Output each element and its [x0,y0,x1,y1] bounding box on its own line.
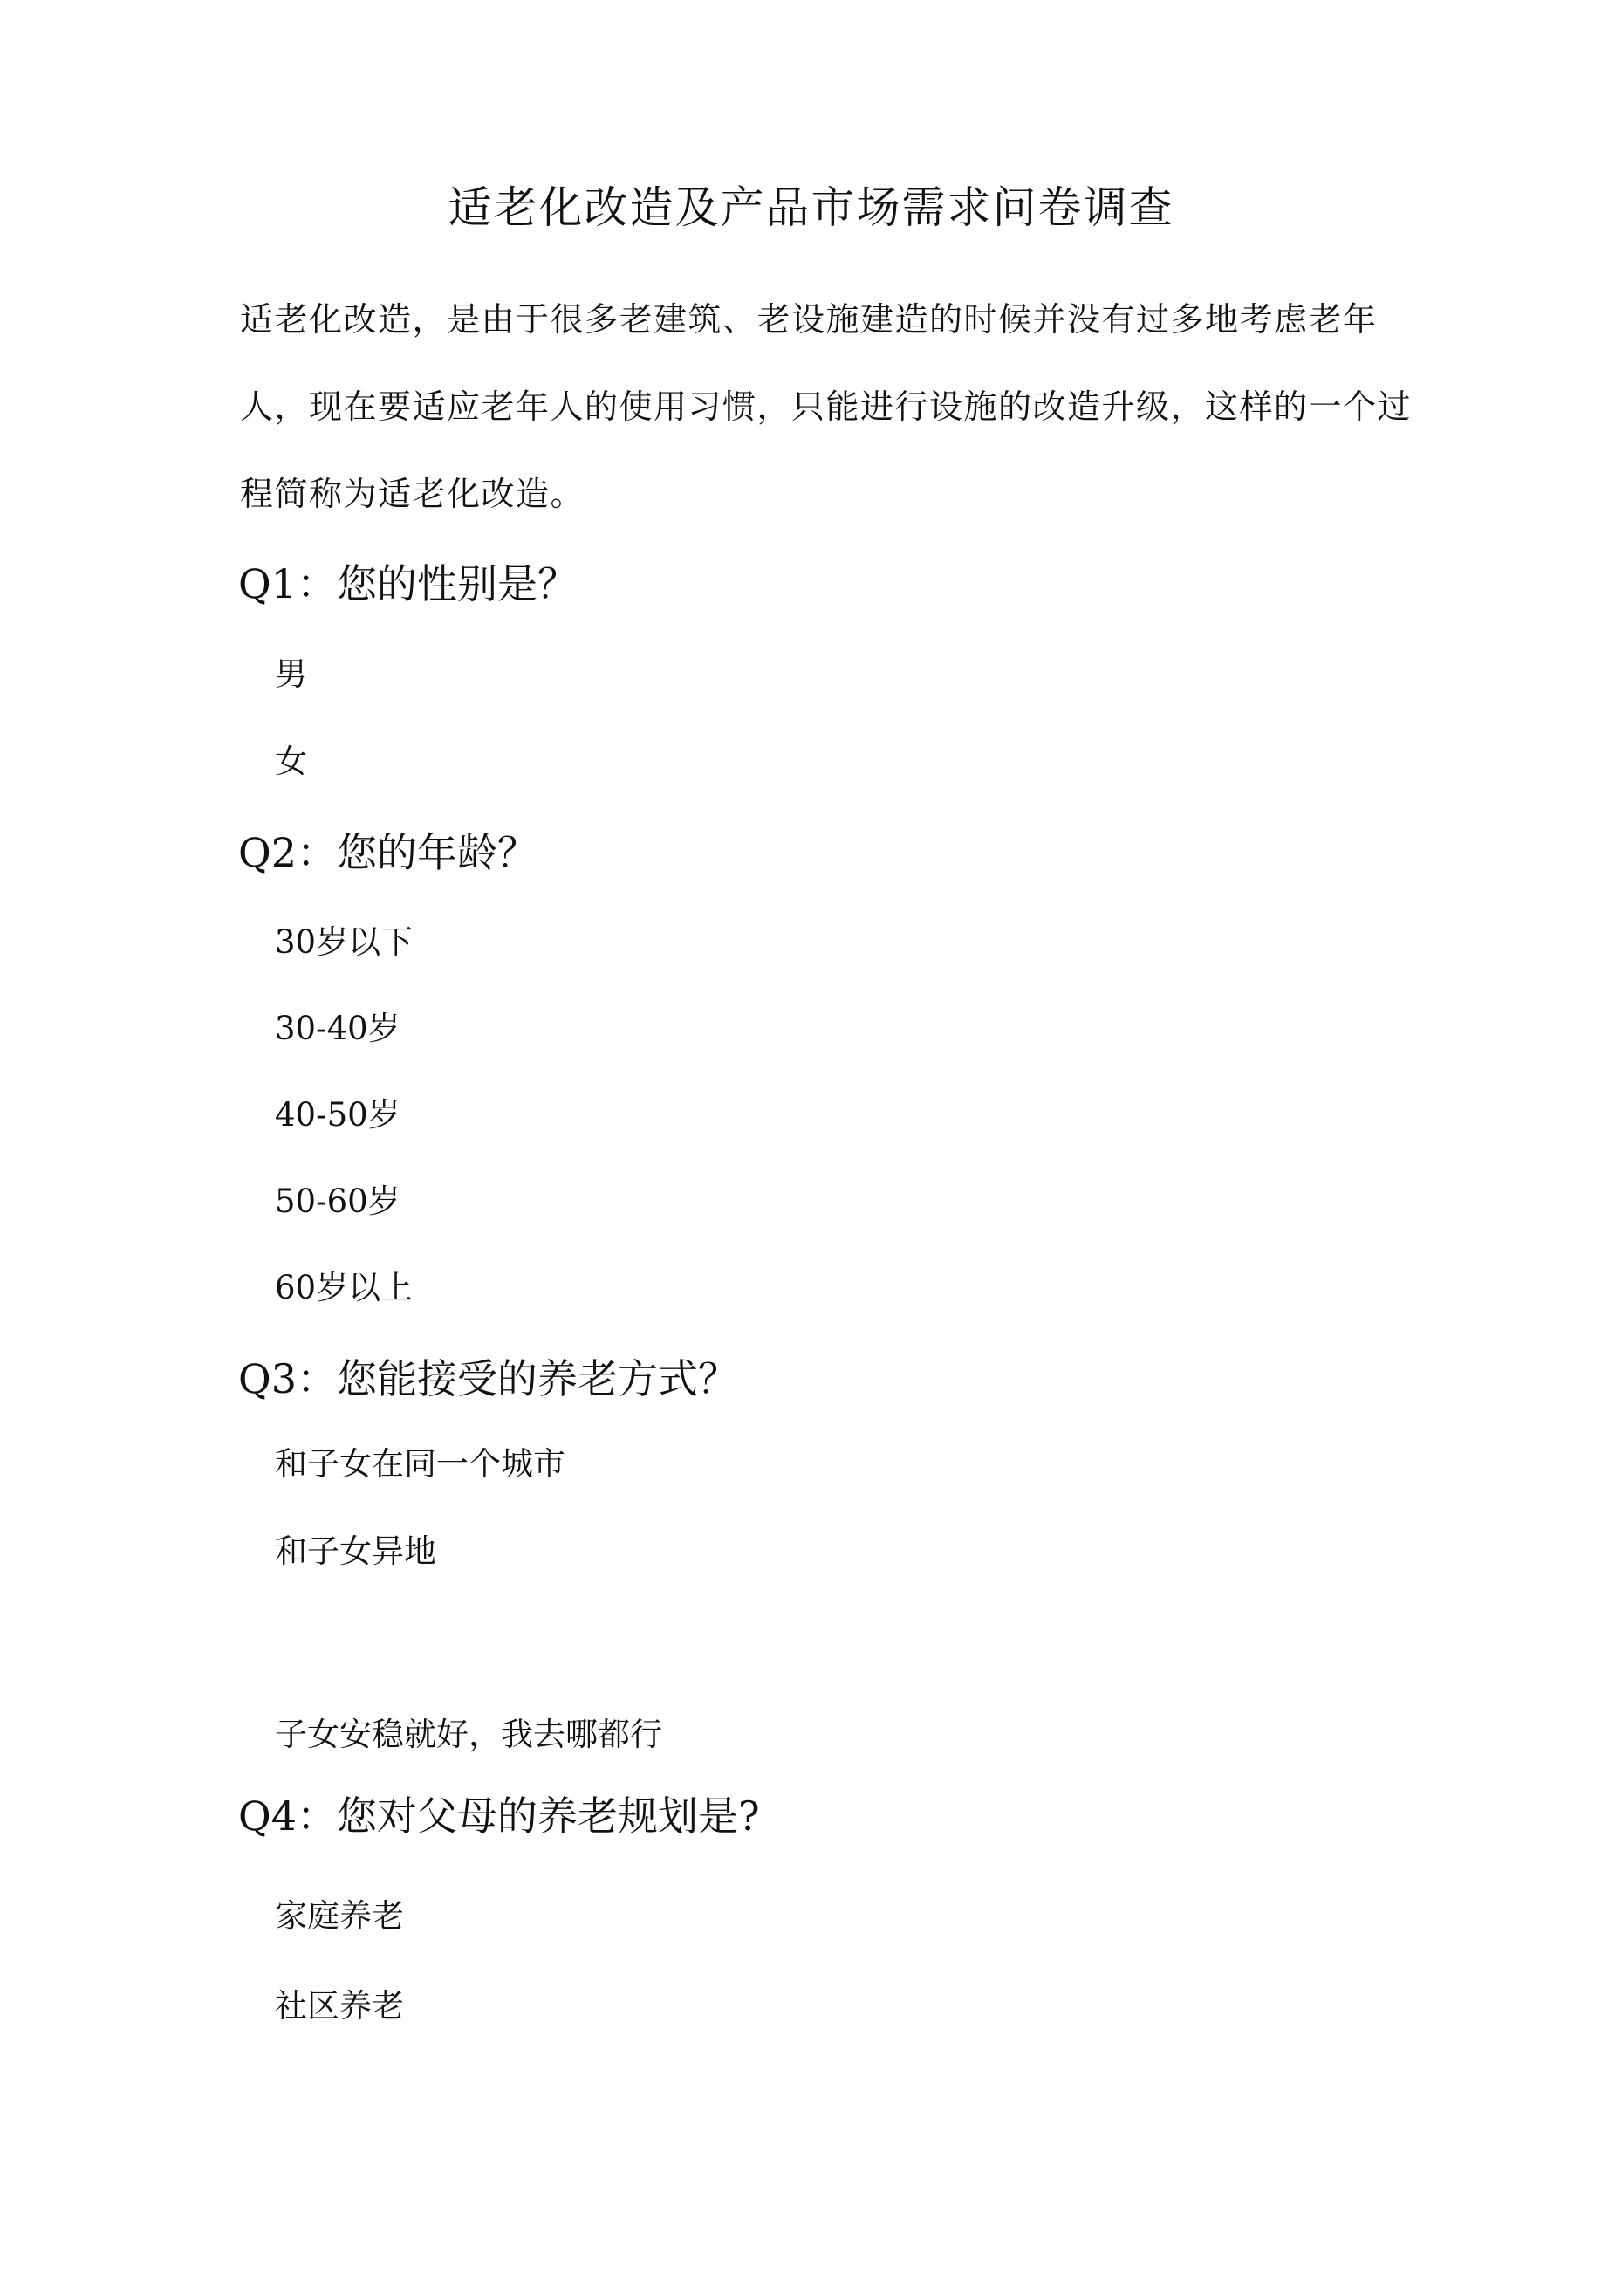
option-age-under-30[interactable]: 30岁以下 [275,923,413,962]
option-different-city[interactable]: 和子女异地 [275,1532,436,1571]
option-home-care[interactable]: 家庭养老 [275,1897,404,1936]
question-heading: Q1：您的性别是？ [238,560,578,607]
document-title: 适老化改造及产品市场需求问卷调查 [0,182,1622,234]
question-heading: Q2：您的年龄？ [238,829,537,876]
option-age-over-60[interactable]: 60岁以上 [275,1269,413,1307]
option-female[interactable]: 女 [275,743,307,781]
intro-line: 适老化改造，是由于很多老建筑、老设施建造的时候并没有过多地考虑老年 [240,299,1378,339]
option-age-40-50[interactable]: 40-50岁 [275,1096,400,1134]
option-age-50-60[interactable]: 50-60岁 [275,1182,400,1221]
intro-line: 人，现在要适应老年人的使用习惯，只能进行设施的改造升级，这样的一个过 [240,387,1412,427]
option-anywhere[interactable]: 子女安稳就好，我去哪都行 [275,1716,662,1754]
option-community-care[interactable]: 社区养老 [275,1987,404,2025]
option-male[interactable]: 男 [275,655,307,694]
option-same-city[interactable]: 和子女在同一个城市 [275,1445,565,1484]
question-heading: Q3：您能接受的养老方式？ [238,1355,738,1402]
question-heading: Q4：您对父母的养老规划是? [238,1792,760,1840]
option-age-30-40[interactable]: 30-40岁 [275,1010,400,1048]
document-page: 适老化改造及产品市场需求问卷调查 适老化改造，是由于很多老建筑、老设施建造的时候… [0,0,1622,2296]
intro-line: 程简称为适老化改造。 [240,474,585,514]
